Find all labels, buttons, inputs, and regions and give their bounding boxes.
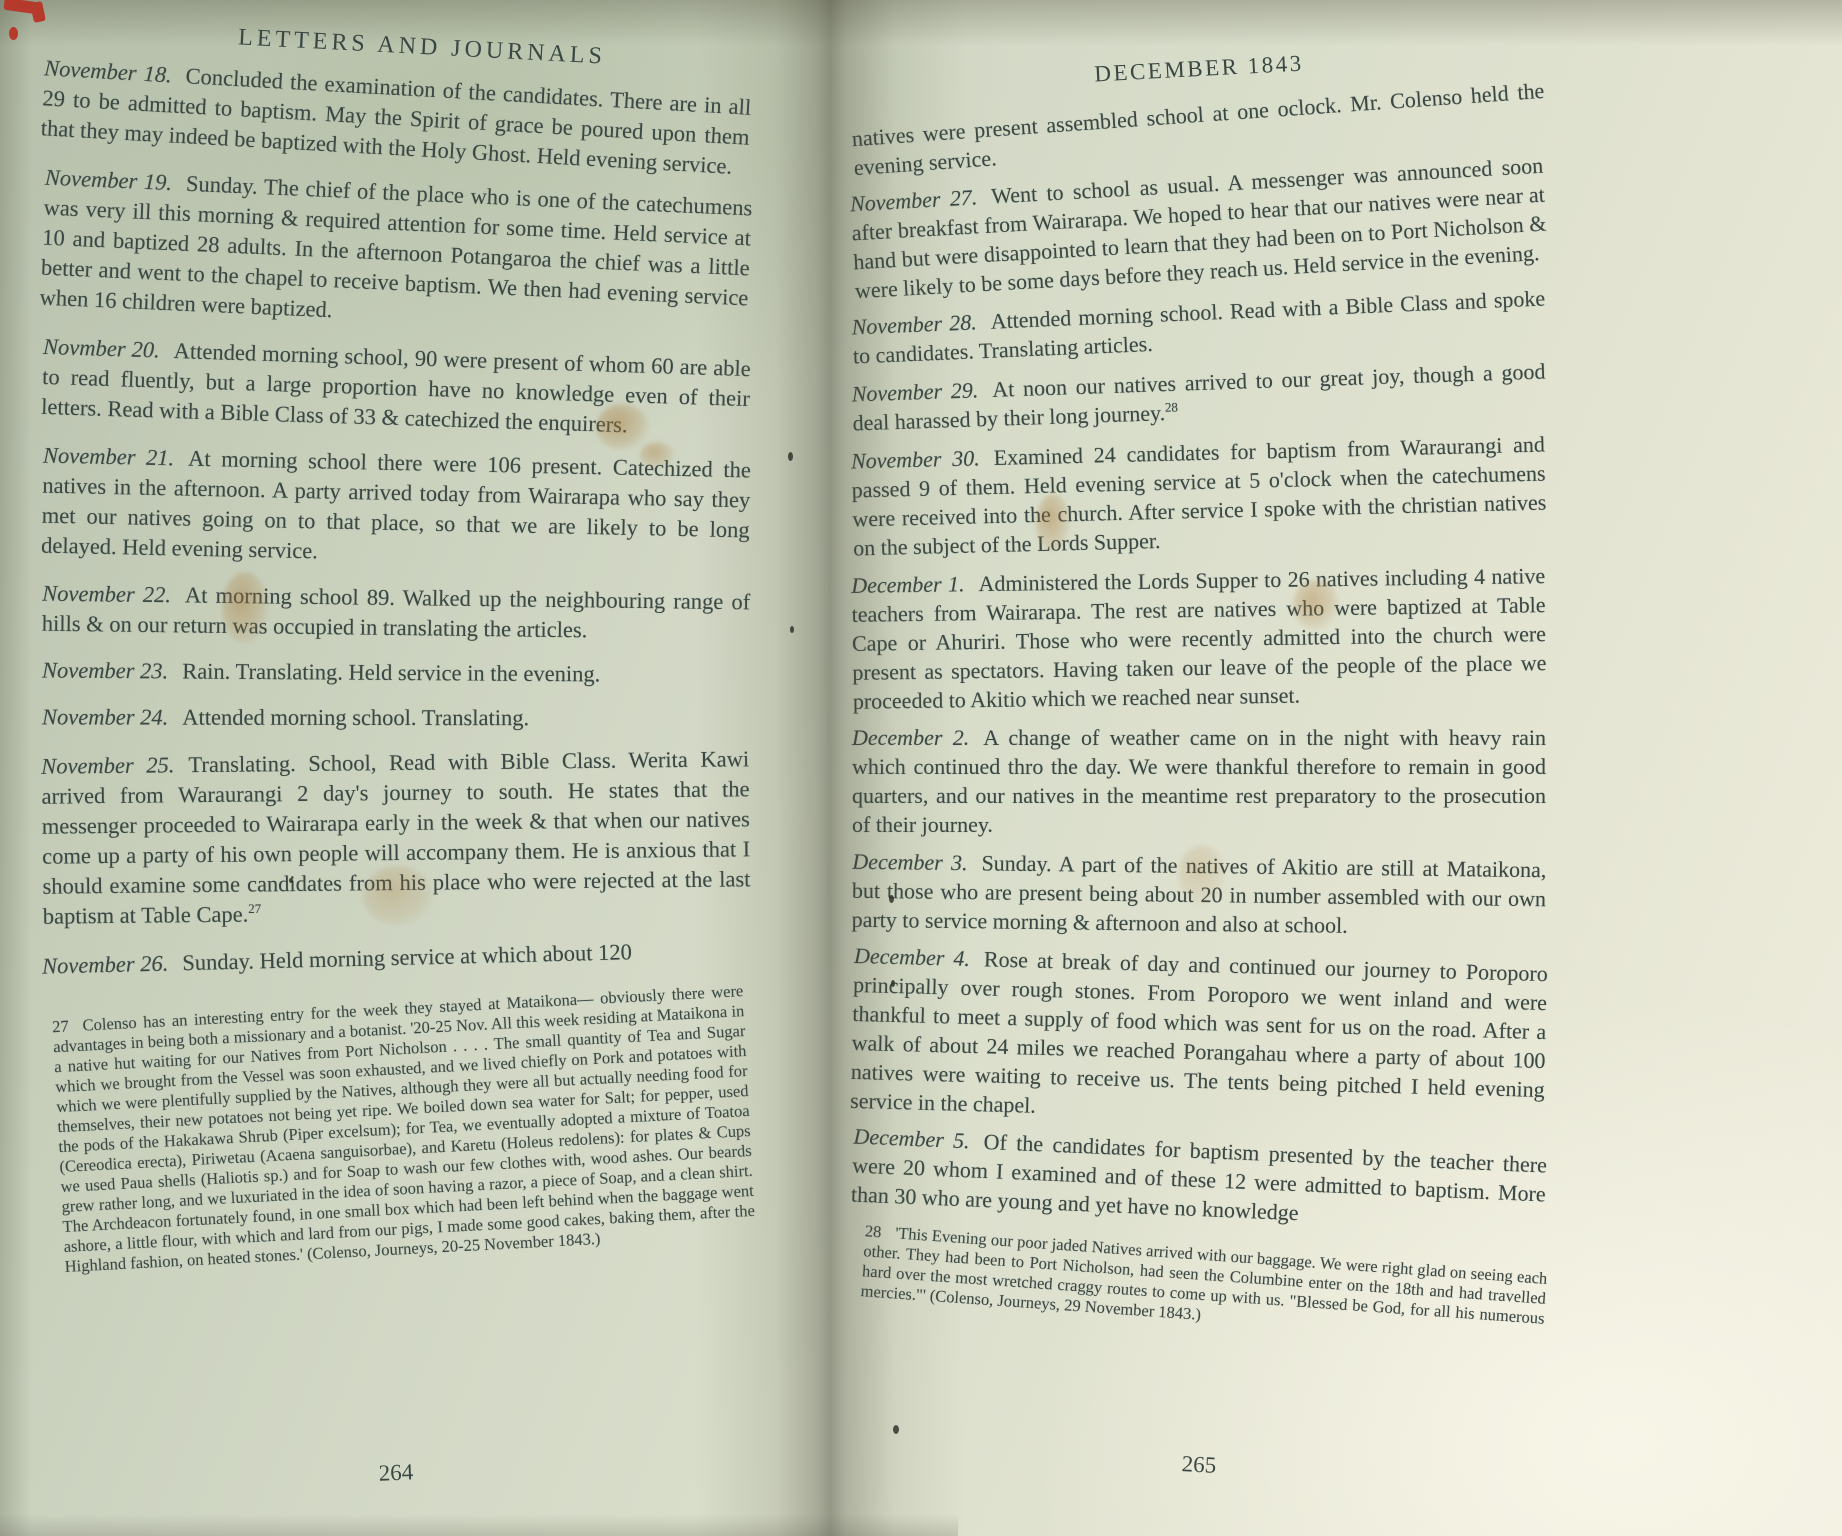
entry-text: Rain. Translating. Held service in the e… bbox=[182, 659, 600, 687]
entry-date: December 1. bbox=[851, 571, 965, 598]
footnote-text: 'This Evening our poor jaded Natives arr… bbox=[860, 1223, 1548, 1327]
entry-date: November 21. bbox=[43, 443, 175, 471]
entry-date: November 19. bbox=[44, 165, 172, 196]
entry-date: November 28. bbox=[851, 309, 977, 339]
page-right: DECEMBER 1843 natives were present assem… bbox=[852, 0, 1546, 1536]
footnote-ref-27: 27 bbox=[248, 901, 261, 916]
entry-date: December 4. bbox=[854, 943, 971, 971]
entry-date: November 25. bbox=[41, 752, 174, 778]
entry-date: November 27. bbox=[849, 184, 978, 216]
entry-december-3: December 3.Sunday. A part of the natives… bbox=[851, 847, 1546, 942]
entry-date: November 26. bbox=[42, 951, 169, 979]
entry-november-25: November 25.Translating. School, Read wi… bbox=[41, 744, 751, 931]
entry-november-24: November 24.Attended morning school. Tra… bbox=[42, 702, 750, 733]
footnote-number: 27 bbox=[52, 1016, 69, 1036]
entry-november-26: November 26.Sunday. Held morning service… bbox=[42, 934, 751, 981]
entry-november-30: November 30.Examined 24 candidates for b… bbox=[851, 430, 1548, 563]
ink-speck bbox=[790, 626, 794, 633]
ink-speck bbox=[788, 452, 793, 461]
left-edge-shadow bbox=[0, 0, 32, 1536]
entry-date: December 5. bbox=[853, 1124, 970, 1154]
entry-date: November 23. bbox=[42, 658, 168, 684]
footnote-28: 28'This Evening our poor jaded Natives a… bbox=[860, 1221, 1548, 1349]
entry-date: Novmber 20. bbox=[43, 334, 160, 363]
entry-date: November 29. bbox=[851, 377, 978, 406]
entry-date: December 3. bbox=[852, 849, 967, 875]
entry-text: Rose at break of day and continued our j… bbox=[850, 946, 1548, 1117]
page-left: LETTERS AND JOURNALS November 18.Conclud… bbox=[42, 0, 750, 1536]
entry-text: Attended morning school. Translating. bbox=[182, 705, 529, 731]
entry-december-4: December 4.Rose at break of day and cont… bbox=[850, 941, 1548, 1133]
entry-november-29: November 29.At noon our natives arrived … bbox=[851, 357, 1547, 438]
entry-november-23: November 23.Rain. Translating. Held serv… bbox=[42, 656, 750, 691]
book-photo: LETTERS AND JOURNALS November 18.Conclud… bbox=[0, 0, 1842, 1536]
entry-date: November 18. bbox=[44, 55, 173, 87]
footnote-number: 28 bbox=[864, 1221, 882, 1241]
entry-text: Went to school as usual. A messenger was… bbox=[851, 153, 1547, 304]
page-number-left: 264 bbox=[42, 1445, 750, 1501]
entry-date: November 30. bbox=[851, 445, 980, 473]
entry-text: Sunday. Held morning service at which ab… bbox=[182, 939, 632, 975]
entry-december-2: December 2.A change of weather came on i… bbox=[852, 723, 1546, 839]
entry-date: November 24. bbox=[42, 704, 168, 729]
entry-november-19: November 19.Sunday. The chief of the pla… bbox=[39, 163, 753, 344]
entry-december-5: December 5.Of the candidates for baptism… bbox=[850, 1122, 1547, 1238]
page-number-right: 265 bbox=[852, 1435, 1546, 1495]
entry-november-20: Novmber 20.Attended morning school, 90 w… bbox=[41, 332, 751, 444]
entry-date: December 2. bbox=[852, 725, 969, 750]
cover-red-mark bbox=[9, 27, 18, 40]
entry-november-22: November 22.At morning school 89. Walked… bbox=[42, 579, 751, 648]
entry-november-21: November 21.At morning school there were… bbox=[41, 441, 751, 576]
entry-date: November 22. bbox=[42, 581, 171, 608]
footnote-text: Colenso has an interesting entry for the… bbox=[53, 981, 756, 1276]
footnote-ref-28: 28 bbox=[1165, 399, 1178, 414]
cover-red-mark bbox=[3, 0, 38, 14]
footnote-27: 27Colenso has an interesting entry for t… bbox=[52, 981, 757, 1277]
entry-december-1: December 1.Administered the Lords Supper… bbox=[851, 561, 1547, 716]
